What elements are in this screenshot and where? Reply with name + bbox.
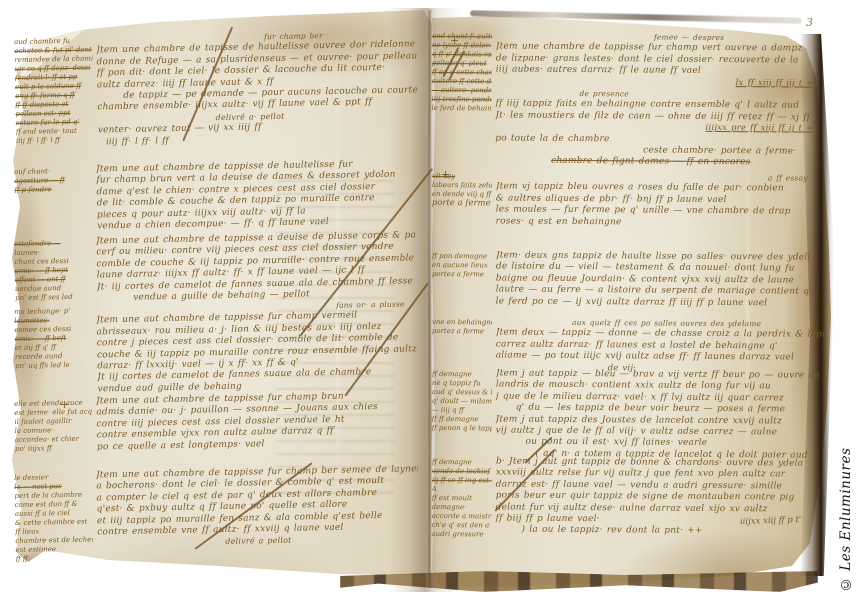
manuscript-line: ) la ou le tappiz· rev dont la pnt· ++ bbox=[495, 525, 823, 539]
margin-notes: elle est dende auceest ferme· elle fut a… bbox=[14, 399, 93, 454]
paragraph-lines: Jtem une aut chambre de tappisse a deuis… bbox=[96, 230, 419, 305]
paragraph-lines: Jtem une aut chambre de tappisse fur cha… bbox=[96, 464, 419, 550]
manuscript-line: chambre de fignt dames — ff en encores bbox=[495, 156, 823, 170]
margin-note: en aucune lieux bbox=[432, 261, 492, 270]
margin-note: portez a ferme bbox=[432, 270, 492, 279]
margin-note: ff p fendre bbox=[14, 184, 92, 194]
margin-note: en dende viij q ff bbox=[432, 190, 492, 199]
margin-note: ff demagne bbox=[432, 458, 492, 467]
margin-note: pn' uq ffs led le bbox=[15, 360, 93, 370]
margin-note: ff penon q le tappiz bbox=[432, 424, 492, 433]
margin-notes: vne en behaingneportez a ferme bbox=[432, 318, 492, 336]
margin-notes: ottofendre —launes·chunt ces dessiomis· … bbox=[14, 239, 93, 303]
margin-notes: ond chunt f· aulterene lycee ff deler·q … bbox=[431, 32, 492, 113]
folio-number: 3 bbox=[806, 16, 813, 29]
margin-note: demagne· bbox=[432, 503, 492, 512]
margin-note: pellean q' pleut bbox=[432, 59, 492, 68]
margin-note: ond chunt f· aultere bbox=[432, 32, 492, 41]
edge-margin-note: iiijxx xiij ff p t' bbox=[740, 515, 802, 527]
margin-note: — aultere· pendre bbox=[432, 86, 492, 95]
manuscript-line: aliame — po tout iiijc xvij aultz adse f… bbox=[496, 351, 824, 365]
margin-note: ff ff demagne bbox=[432, 415, 492, 424]
manuscript-paragraph: aud chambre fuachetee & fut pl' dontrema… bbox=[14, 28, 420, 150]
margin-note: & cette chambre est bbox=[15, 517, 93, 527]
paragraph-lines: Jtem une aut chambre de tappisse de haul… bbox=[96, 158, 419, 233]
margin-note: aultere ff cette denkest bbox=[432, 77, 492, 86]
manuscript-paragraph: vne en behaingneportez a ferme aux quelz… bbox=[432, 316, 824, 376]
margin-notes: ma lechange· p'launettes·esmee ces dessi… bbox=[14, 307, 93, 371]
paragraph-lines: fans or· a plusseJtem une aut chambre de… bbox=[96, 298, 420, 395]
ink-cross-icon: + bbox=[441, 168, 450, 181]
paragraph-lines: Jtem j aut tappiz — bleu — brav a vij ve… bbox=[495, 368, 824, 462]
manuscript-paragraph: elle est dende auceest ferme· elle fut a… bbox=[14, 390, 419, 455]
margin-note: ff est moult bbox=[432, 494, 492, 503]
margin-note: porte a ferme bbox=[432, 199, 492, 208]
manuscript-paragraph: vlt caylabeurs faits zelui deen dende vi… bbox=[432, 170, 824, 230]
copyright-watermark: © Les Enluminures bbox=[838, 416, 854, 592]
margin-notes: ff pon demagneen aucune lieuxportez a fe… bbox=[432, 252, 492, 279]
margin-note: ne q tappiz fu bbox=[432, 379, 492, 388]
manuscript-line: iiij aubes· autres darraz· ff le aune ff… bbox=[496, 65, 824, 79]
margin-note: iiij tresfine ponden bbox=[431, 95, 491, 104]
paragraph-lines: a ff essayJtem vj tappiz bleu ouvres a r… bbox=[496, 170, 824, 229]
manuscript-paragraph: ff demagnene q tappiz fuaud q' dessus & … bbox=[431, 368, 824, 462]
manuscript-paragraph: ottofendre —launes·chunt ces dessiomis· … bbox=[14, 230, 419, 306]
margin-note: venda de lechief bbox=[432, 467, 492, 476]
ink-cross-icon: + bbox=[60, 398, 69, 411]
margin-notes: ff demagnevenda de lechiefiij ff se ff i… bbox=[431, 458, 492, 539]
paragraph-lines: femee — despresJtem une chambre de tappi… bbox=[495, 30, 824, 169]
margin-note: po' iiijxx ff bbox=[15, 443, 93, 453]
manuscript-line: le ferd po ce — ij xvij aultz darraz ff … bbox=[496, 296, 824, 310]
margin-note: q' doult — milame bbox=[432, 397, 492, 406]
margin-note: ff ff bbox=[16, 553, 94, 563]
margin-note: accorde a maistre bbox=[432, 512, 492, 521]
margin-note: ff ad a cette chamb bbox=[432, 68, 492, 77]
paragraph-lines: Jtem une aut chambre de tappisse fur cha… bbox=[96, 390, 419, 453]
margin-notes: le dessierle — nest paspert de la chambr… bbox=[14, 473, 94, 564]
manuscript-paragraph: ff pon demagneen aucune lieuxportez a fe… bbox=[432, 250, 824, 310]
margin-notes: ouf chunt·agestture — ffff p fendre bbox=[14, 167, 93, 195]
margin-note: iij ff se ff ing est ell bbox=[432, 476, 492, 485]
margin-note: ch'e q' est den a bbox=[431, 521, 491, 530]
margin-note: audri gressure bbox=[431, 530, 491, 539]
paragraph-lines: b· Jtem j aut gnt tappiz de bonne & char… bbox=[495, 456, 824, 538]
margin-note: portez a ferme bbox=[432, 327, 492, 336]
paragraph-lines: aux quelz ff ces po salles ouvres des yd… bbox=[496, 316, 824, 375]
margin-note: labeurs faits zelui de bbox=[432, 181, 492, 190]
manuscript-paragraph: le dessierle — nest paspert de la chambr… bbox=[14, 464, 419, 552]
manuscript-paragraph: ond chunt f· aulterene lycee ff deler·q … bbox=[431, 30, 824, 170]
margin-note: ff demagne bbox=[432, 370, 492, 379]
margin-notes: aud chambre fuachetee & fut pl' dontrema… bbox=[14, 37, 94, 146]
paragraph-lines: Jtem· deux gns tappiz de haulte lisse po… bbox=[496, 250, 824, 309]
margin-note: ne lycee ff deler· bbox=[432, 41, 492, 50]
manuscript-paragraph: ouf chunt·agestture — ffff p fendre Jtem… bbox=[14, 158, 419, 234]
margin-note: iiij ff· l ff· l ff bbox=[16, 135, 94, 145]
margin-note: aud q' dessus & lui bbox=[432, 388, 492, 397]
manuscript-line: roses· q est en behaingne bbox=[496, 216, 824, 230]
margin-note: A bbox=[432, 485, 492, 494]
margin-note: — iiij q ff bbox=[432, 406, 492, 415]
margin-note: vne en behaingne bbox=[432, 318, 492, 327]
ink-cross-icon: + bbox=[450, 34, 459, 47]
manuscript-paragraph: ma lechange· p'launettes·esmee ces dessi… bbox=[14, 298, 420, 397]
manuscript-photo: aud chambre fuachetee & fut pl' dontrema… bbox=[0, 0, 859, 600]
margin-notes: ff demagnene q tappiz fuaud q' dessus & … bbox=[432, 370, 492, 433]
paragraph-lines: fur champ berJtem une chambre de tapisse… bbox=[96, 28, 420, 148]
margin-note: ff pon demagne bbox=[432, 252, 492, 261]
margin-note: pn' est ff ses led bbox=[15, 292, 93, 302]
margin-note: le ferd de behaingne bbox=[431, 104, 491, 113]
